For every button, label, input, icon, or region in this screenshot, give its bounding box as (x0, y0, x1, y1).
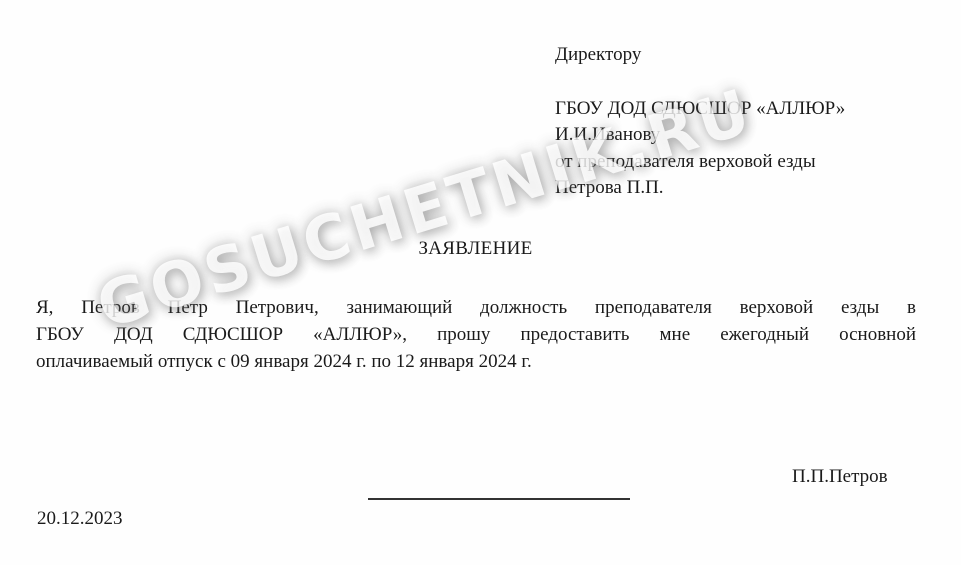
addressee-position: Директору (555, 42, 845, 69)
body-line: Я, Петров Петр Петрович, занимающий долж… (36, 294, 916, 321)
document-date: 20.12.2023 (37, 508, 123, 530)
addressee-block: Директору ГБОУ ДОД СДЮСШОР «АЛЛЮР» И.И.И… (555, 42, 845, 202)
sender-name: Петрова П.П. (555, 175, 845, 202)
signature-line (368, 498, 630, 500)
addressee-director-name: И.И.Иванову (555, 122, 845, 149)
body-line: оплачиваемый отпуск с 09 января 2024 г. … (36, 348, 916, 375)
addressee-organization: ГБОУ ДОД СДЮСШОР «АЛЛЮР» (555, 96, 845, 123)
document-page: Директору ГБОУ ДОД СДЮСШОР «АЛЛЮР» И.И.И… (0, 0, 961, 565)
application-body: Я, Петров Петр Петрович, занимающий долж… (36, 294, 916, 375)
sender-position: от преподавателя верховой езды (555, 149, 845, 176)
addressee-spacer (555, 69, 845, 96)
signature-name: П.П.Петров (792, 466, 888, 488)
body-line: ГБОУ ДОД СДЮСШОР «АЛЛЮР», прошу предоста… (36, 321, 916, 348)
document-title: ЗАЯВЛЕНИЕ (0, 238, 951, 260)
